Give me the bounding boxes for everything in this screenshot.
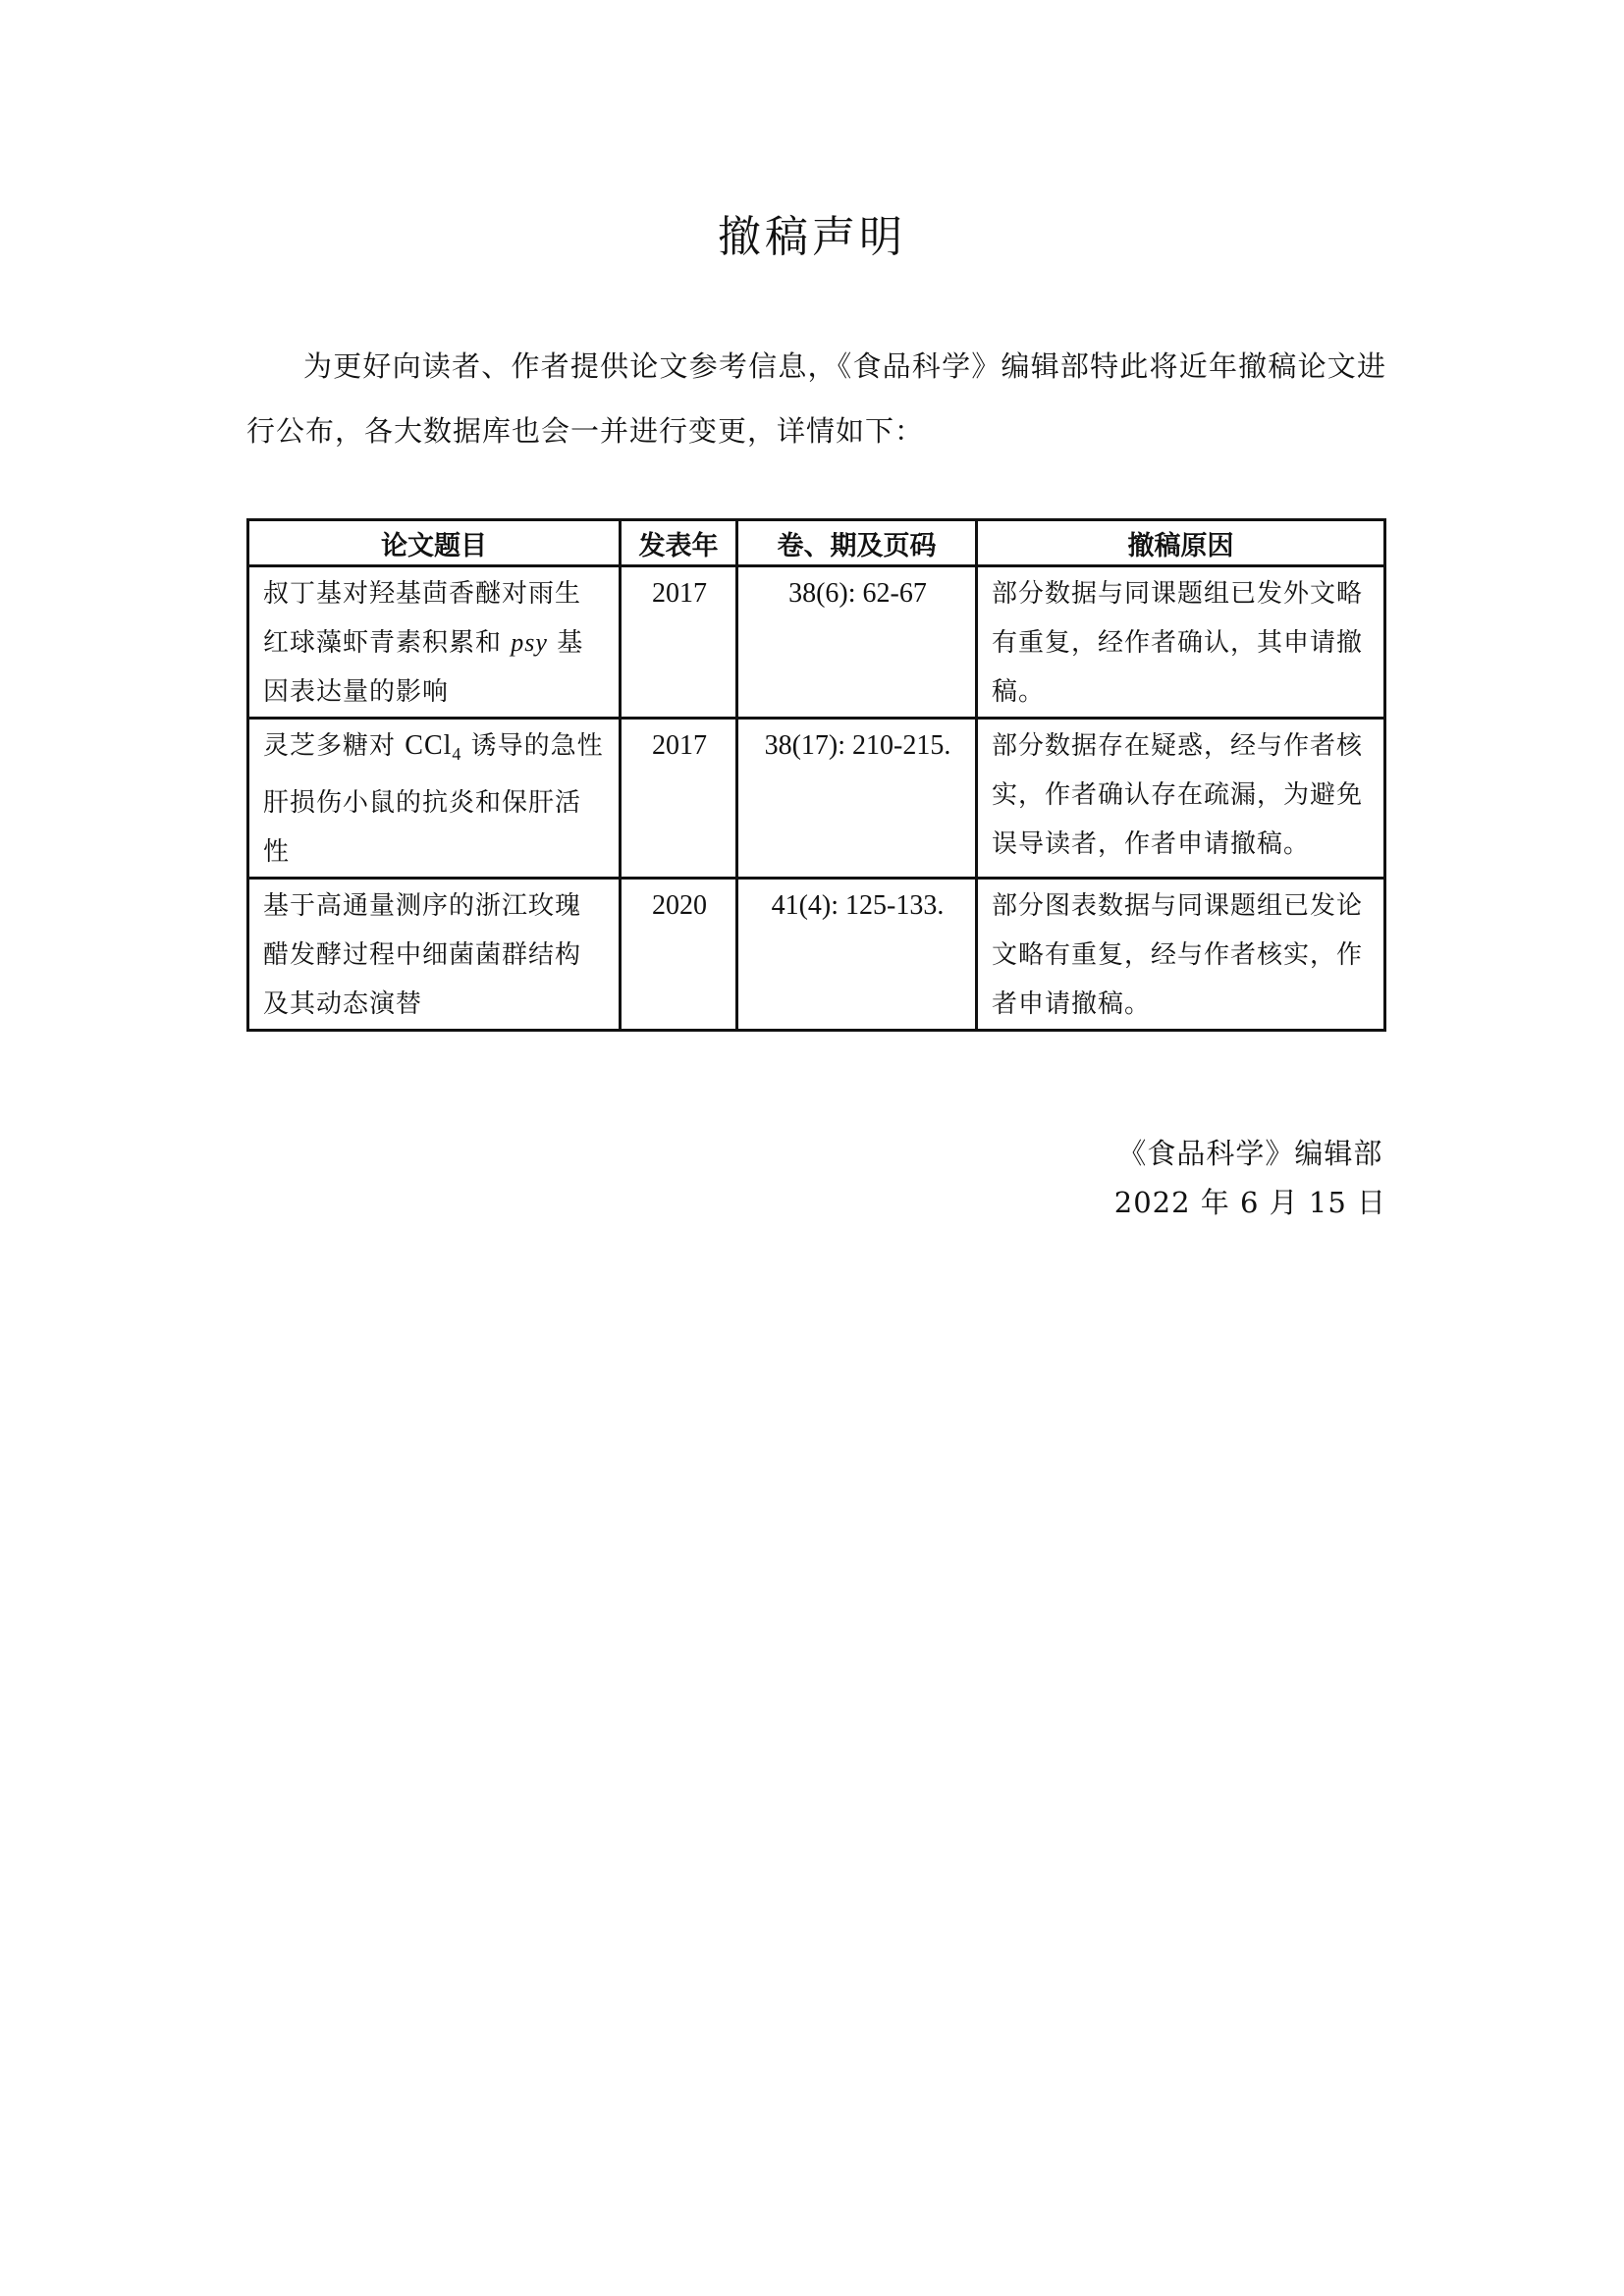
year-cell: 2017 [621,719,737,879]
retraction-table: 论文题目 发表年 卷、期及页码 撤稿原因 叔丁基对羟基茴香醚对雨生红球藻虾青素积… [246,518,1386,1032]
year-cell: 2017 [621,566,737,719]
formula-subscript: 4 [452,744,461,764]
reason-cell: 部分图表数据与同课题组已发论文略有重复，经与作者核实，作者申请撤稿。 [977,879,1385,1031]
intro-paragraph: 为更好向读者、作者提供论文参考信息，《食品科学》编辑部特此将近年撤稿论文进行公布… [246,334,1386,463]
paper-title-cell: 基于高通量测序的浙江玫瑰醋发酵过程中细菌菌群结构及其动态演替 [248,879,621,1031]
chemical-formula: CCl [405,730,452,761]
signature-date: 2022 年 6 月 15 日 [1114,1178,1386,1227]
gene-name-italic: psy [511,628,548,657]
table-row: 叔丁基对羟基茴香醚对雨生红球藻虾青素积累和 psy 基因表达量的影响 2017 … [248,566,1385,719]
table-header-row: 论文题目 发表年 卷、期及页码 撤稿原因 [248,520,1385,566]
header-volume-pages: 卷、期及页码 [737,520,977,566]
volume-pages-cell: 41(4): 125-133. [737,879,977,1031]
table-row: 基于高通量测序的浙江玫瑰醋发酵过程中细菌菌群结构及其动态演替 2020 41(4… [248,879,1385,1031]
paper-title-cell: 灵芝多糖对 CCl4 诱导的急性肝损伤小鼠的抗炎和保肝活性 [248,719,621,879]
signature-org: 《食品科学》编辑部 [1114,1129,1386,1178]
year-cell: 2020 [621,879,737,1031]
header-paper-title: 论文题目 [248,520,621,566]
paper-title-cell: 叔丁基对羟基茴香醚对雨生红球藻虾青素积累和 psy 基因表达量的影响 [248,566,621,719]
volume-pages-cell: 38(17): 210-215. [737,719,977,879]
volume-pages-cell: 38(6): 62-67 [737,566,977,719]
page-title: 撤稿声明 [0,208,1624,267]
header-reason: 撤稿原因 [977,520,1385,566]
header-year: 发表年 [621,520,737,566]
signature-block: 《食品科学》编辑部 2022 年 6 月 15 日 [1114,1129,1386,1227]
reason-cell: 部分数据存在疑惑，经与作者核实，作者确认存在疏漏，为避免误导读者，作者申请撤稿。 [977,719,1385,879]
reason-cell: 部分数据与同课题组已发外文略有重复，经作者确认，其申请撤稿。 [977,566,1385,719]
paper-title-text: 灵芝多糖对 [263,731,405,761]
table-row: 灵芝多糖对 CCl4 诱导的急性肝损伤小鼠的抗炎和保肝活性 2017 38(17… [248,719,1385,879]
